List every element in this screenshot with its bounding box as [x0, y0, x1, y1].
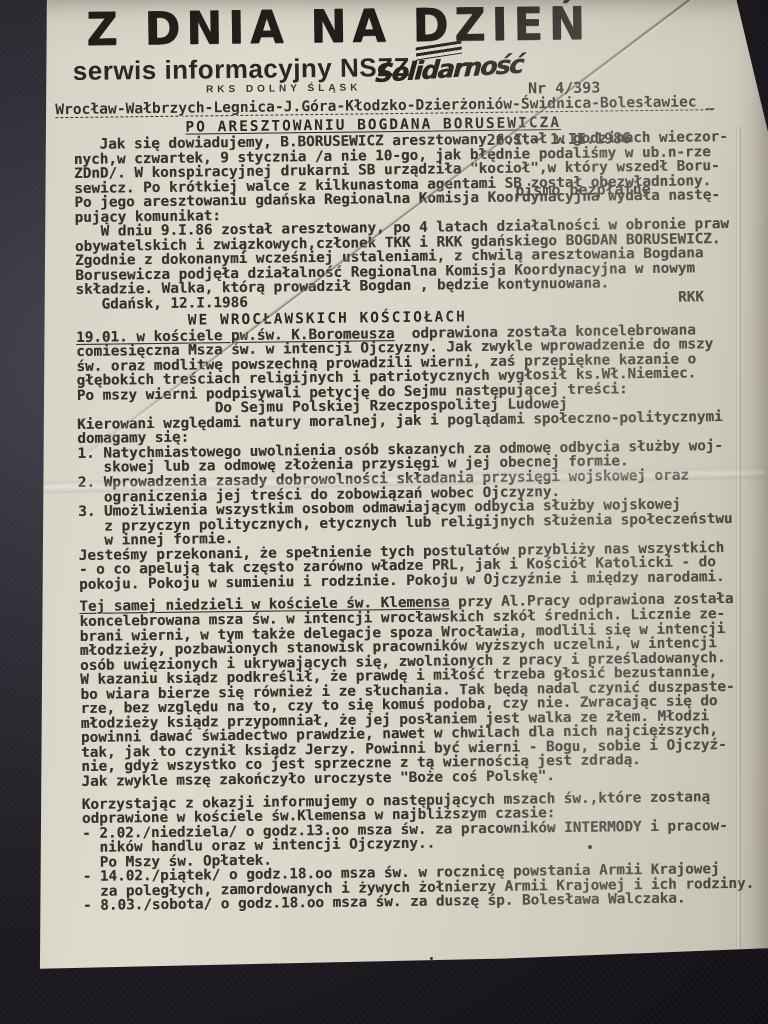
section: Korzystając z okazji informujemy o nastę… [82, 789, 759, 914]
paper-fold-vertical [736, 126, 741, 954]
masthead: Z DNIA NA DZIEŃ serwis informacyjny NSZZ… [72, 0, 749, 122]
photo-of-newsletter: Z DNIA NA DZIEŃ serwis informacyjny NSZZ… [0, 0, 768, 1024]
ink-speck [36, 784, 41, 792]
section: WE WROCŁAWSKICH KOŚCIOŁACH19.01. w kości… [76, 306, 755, 592]
section: PO ARESZTOWANIU BOGDANA BORUSEWICZA Jak … [73, 114, 751, 313]
ink-speck [588, 845, 592, 849]
ink-speck [430, 957, 433, 960]
page-content: Z DNIA NA DZIEŃ serwis informacyjny NSZZ… [72, 0, 759, 914]
masthead-org: RKS DOLNY ŚLĄSK [206, 82, 362, 95]
section: Tej samej niedzieli w kościele św. Kleme… [79, 592, 757, 789]
newsletter-page: Z DNIA NA DZIEŃ serwis informacyjny NSZZ… [0, 0, 768, 1024]
sections: PO ARESZTOWANIU BOGDANA BORUSEWICZA Jak … [73, 114, 759, 914]
